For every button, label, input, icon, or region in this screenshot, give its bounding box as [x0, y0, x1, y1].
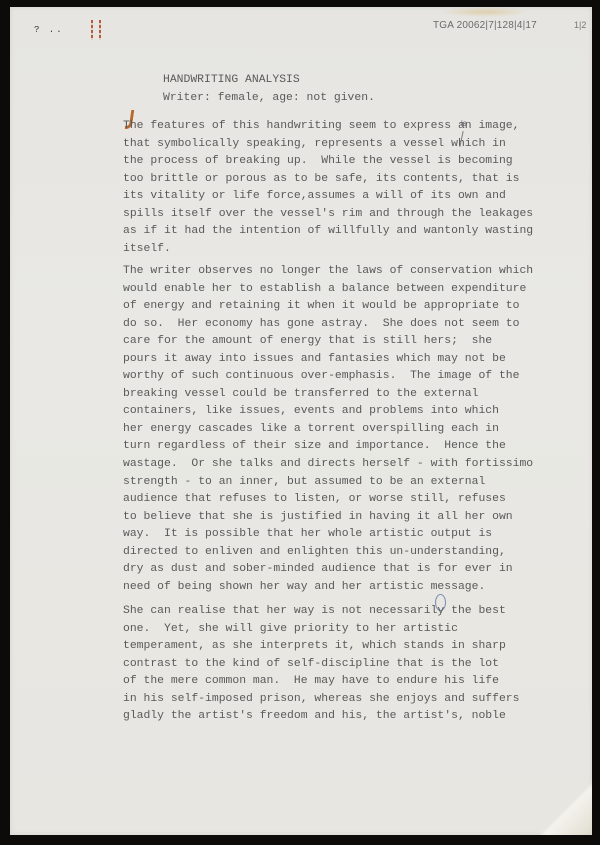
- text-line: The writer observes no longer the laws o…: [123, 263, 533, 281]
- text-line: of energy and retaining it when it would…: [123, 298, 533, 316]
- text-line: contrast to the kind of self-discipline …: [123, 656, 519, 674]
- corner-marks: ? ..: [34, 25, 64, 35]
- text-line: The features of this handwriting seem to…: [123, 118, 533, 136]
- text-line: of the mere common man. He may have to e…: [123, 673, 519, 691]
- text-line: wastage. Or she talks and directs hersel…: [123, 456, 533, 474]
- paragraph-1: The features of this handwriting seem to…: [123, 118, 533, 258]
- document-subheading: Writer: female, age: not given.: [163, 92, 375, 104]
- text-line: the process of breaking up. While the ve…: [123, 153, 533, 171]
- document-heading: HANDWRITING ANALYSIS: [163, 74, 300, 86]
- paragraph-2: The writer observes no longer the laws o…: [123, 263, 533, 596]
- text-line: do so. Her economy has gone astray. She …: [123, 316, 533, 334]
- text-line: in his self-imposed prison, whereas she …: [123, 691, 519, 709]
- paper-corner-fold: [532, 775, 592, 835]
- paper-stain: [440, 7, 530, 17]
- text-line: that symbolically speaking, represents a…: [123, 136, 533, 154]
- text-line: its vitality or life force,assumes a wil…: [123, 188, 533, 206]
- text-line: containers, like issues, events and prob…: [123, 403, 533, 421]
- text-line: She can realise that her way is not nece…: [123, 603, 519, 621]
- text-line: worthy of such continuous over-emphasis.…: [123, 368, 533, 386]
- text-line: temperament, as she interprets it, which…: [123, 638, 519, 656]
- text-line: dry as dust and sober-minded audience th…: [123, 561, 533, 579]
- text-line: audience that refuses to listen, or wors…: [123, 491, 533, 509]
- text-line: directed to enliven and enlighten this u…: [123, 544, 533, 562]
- paragraph-3: She can realise that her way is not nece…: [123, 603, 519, 726]
- text-line: itself.: [123, 241, 533, 259]
- document-page: ? .. TGA 20062|7|128|4|17 1|2 HANDWRITIN…: [10, 7, 592, 835]
- text-line: way. It is possible that her whole artis…: [123, 526, 533, 544]
- text-line: gladly the artist's freedom and his, the…: [123, 708, 519, 726]
- text-line: would enable her to establish a balance …: [123, 281, 533, 299]
- text-line: care for the amount of energy that is st…: [123, 333, 533, 351]
- text-line: pours it away into issues and fantasies …: [123, 351, 533, 369]
- text-line: too brittle or porous as to be safe, its…: [123, 171, 533, 189]
- text-line: strength - to an inner, but assumed to b…: [123, 474, 533, 492]
- text-line: breaking vessel could be transferred to …: [123, 386, 533, 404]
- red-ink-marks: [89, 20, 105, 42]
- text-line: one. Yet, she will give priority to her …: [123, 621, 519, 639]
- text-line: to believe that she is justified in havi…: [123, 509, 533, 527]
- text-line: turn regardless of their size and import…: [123, 438, 533, 456]
- text-line: spills itself over the vessel's rim and …: [123, 206, 533, 224]
- text-line: need of being shown her way and her arti…: [123, 579, 533, 597]
- text-line: her energy cascades like a torrent overs…: [123, 421, 533, 439]
- text-line: as if it had the intention of willfully …: [123, 223, 533, 241]
- page-marker: 1|2: [574, 20, 586, 30]
- archive-reference: TGA 20062|7|128|4|17: [433, 20, 537, 31]
- handwritten-insert: is: [461, 119, 467, 128]
